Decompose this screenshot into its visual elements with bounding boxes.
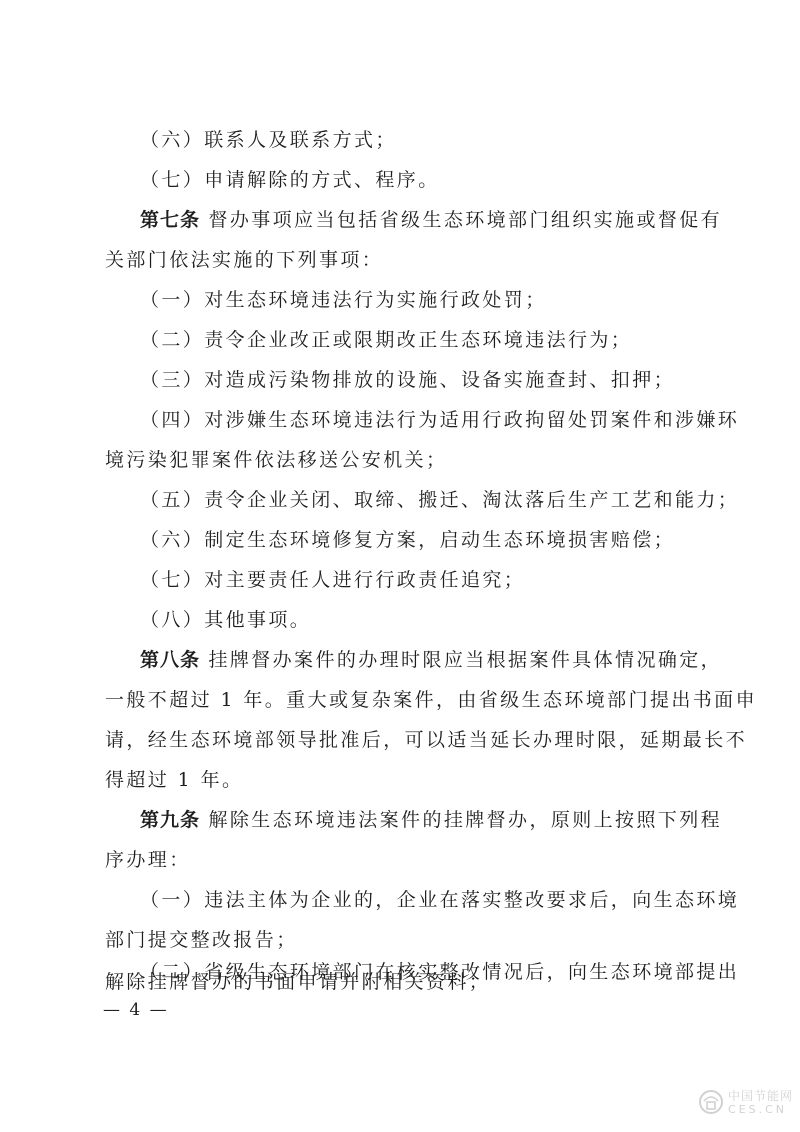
document-page: （六）联系人及联系方式； （七）申请解除的方式、程序。 第七条 督办事项应当包括… [0,0,800,1132]
article-text: 解除生态环境违法案件的挂牌督办，原则上按照下列程 [200,809,722,831]
list-item: （七）申请解除的方式、程序。 [140,168,740,192]
list-item-continuation: 部门提交整改报告； [105,928,705,952]
ces-logo-icon [698,1089,724,1115]
article-text: 挂牌督办案件的办理时限应当根据案件具体情况确定， [200,649,722,671]
article-text: 请，经生态环境部领导批准后，可以适当延长办理时限，延期最长不 [105,729,747,751]
article-text: 督办事项应当包括省级生态环境部门组织实施或督促有 [200,209,722,231]
item-label: （三） [140,369,204,391]
item-text: 申请解除的方式、程序。 [204,169,439,191]
list-item: （一）对生态环境违法行为实施行政处罚； [140,288,740,312]
item-label: （二） [140,329,204,351]
article-text: 一般不超过 1 年。重大或复杂案件，由省级生态环境部门提出书面申 [105,689,757,711]
article-8-continuation: 请，经生态环境部领导批准后，可以适当延长办理时限，延期最长不 [105,728,705,752]
list-item: （六）制定生态环境修复方案，启动生态环境损害赔偿； [140,528,740,552]
item-text: 制定生态环境修复方案，启动生态环境损害赔偿； [204,529,675,551]
item-label: （四） [140,409,204,431]
list-item: （五）责令企业关闭、取缔、搬迁、淘汰落后生产工艺和能力； [140,488,740,512]
list-item: （二）责令企业改正或限期改正生态环境违法行为； [140,328,740,352]
item-text: 责令企业改正或限期改正生态环境违法行为； [204,329,632,351]
item-text: 责令企业关闭、取缔、搬迁、淘汰落后生产工艺和能力； [204,489,739,511]
article-heading: 第七条 [140,209,200,231]
article-8-continuation: 得超过 1 年。 [105,768,705,792]
item-text: 联系人及联系方式； [204,129,397,151]
item-text: 部门提交整改报告； [105,929,298,951]
list-item: （四）对涉嫌生态环境违法行为适用行政拘留处罚案件和涉嫌环 [140,408,740,432]
watermark-en: CES.CN [728,1103,787,1116]
list-item: （八）其他事项。 [140,608,740,632]
item-text: 对涉嫌生态环境违法行为适用行政拘留处罚案件和涉嫌环 [204,409,739,431]
article-9-continuation: 序办理： [105,848,705,872]
article-9-first-line: 第九条 解除生态环境违法案件的挂牌督办，原则上按照下列程 [140,808,740,832]
article-text: 序办理： [105,849,191,871]
article-text: 得超过 1 年。 [105,769,243,791]
item-label: （一） [140,889,204,911]
item-label: （七） [140,169,204,191]
watermark-cn: 中国节能网 [728,1087,793,1104]
list-item-continuation: 境污染犯罪案件依法移送公安机关； [105,448,705,472]
item-text: 对主要责任人进行行政责任追究； [204,569,525,591]
item-label: （五） [140,489,204,511]
list-item: （七）对主要责任人进行行政责任追究； [140,568,740,592]
article-text: 关部门依法实施的下列事项： [105,249,383,271]
article-heading: 第八条 [140,649,200,671]
article-7-continuation: 关部门依法实施的下列事项： [105,248,705,272]
item-label: （六） [140,529,204,551]
item-label: （八） [140,609,204,631]
list-item: （一）违法主体为企业的，企业在落实整改要求后，向生态环境 [140,888,740,912]
item-label: （一） [140,289,204,311]
list-item: （三）对造成污染物排放的设施、设备实施查封、扣押； [140,368,740,392]
page-number: — 4 — [103,998,169,1022]
list-item-continuation: 解除挂牌督办的书面申请并附相关资料； [105,970,705,994]
watermark: 中国节能网 CES.CN [698,1085,798,1121]
item-text: 违法主体为企业的，企业在落实整改要求后，向生态环境 [204,889,739,911]
item-text: 解除挂牌督办的书面申请并附相关资料； [105,971,490,993]
item-text: 其他事项。 [204,609,311,631]
item-text: 对造成污染物排放的设施、设备实施查封、扣押； [204,369,675,391]
article-8-first-line: 第八条 挂牌督办案件的办理时限应当根据案件具体情况确定， [140,648,740,672]
item-label: （七） [140,569,204,591]
article-8-continuation: 一般不超过 1 年。重大或复杂案件，由省级生态环境部门提出书面申 [105,688,705,712]
article-7-first-line: 第七条 督办事项应当包括省级生态环境部门组织实施或督促有 [140,208,740,232]
item-text: 境污染犯罪案件依法移送公安机关； [105,449,447,471]
item-label: （六） [140,129,204,151]
list-item: （六）联系人及联系方式； [140,128,740,152]
article-heading: 第九条 [140,809,200,831]
item-text: 对生态环境违法行为实施行政处罚； [204,289,546,311]
